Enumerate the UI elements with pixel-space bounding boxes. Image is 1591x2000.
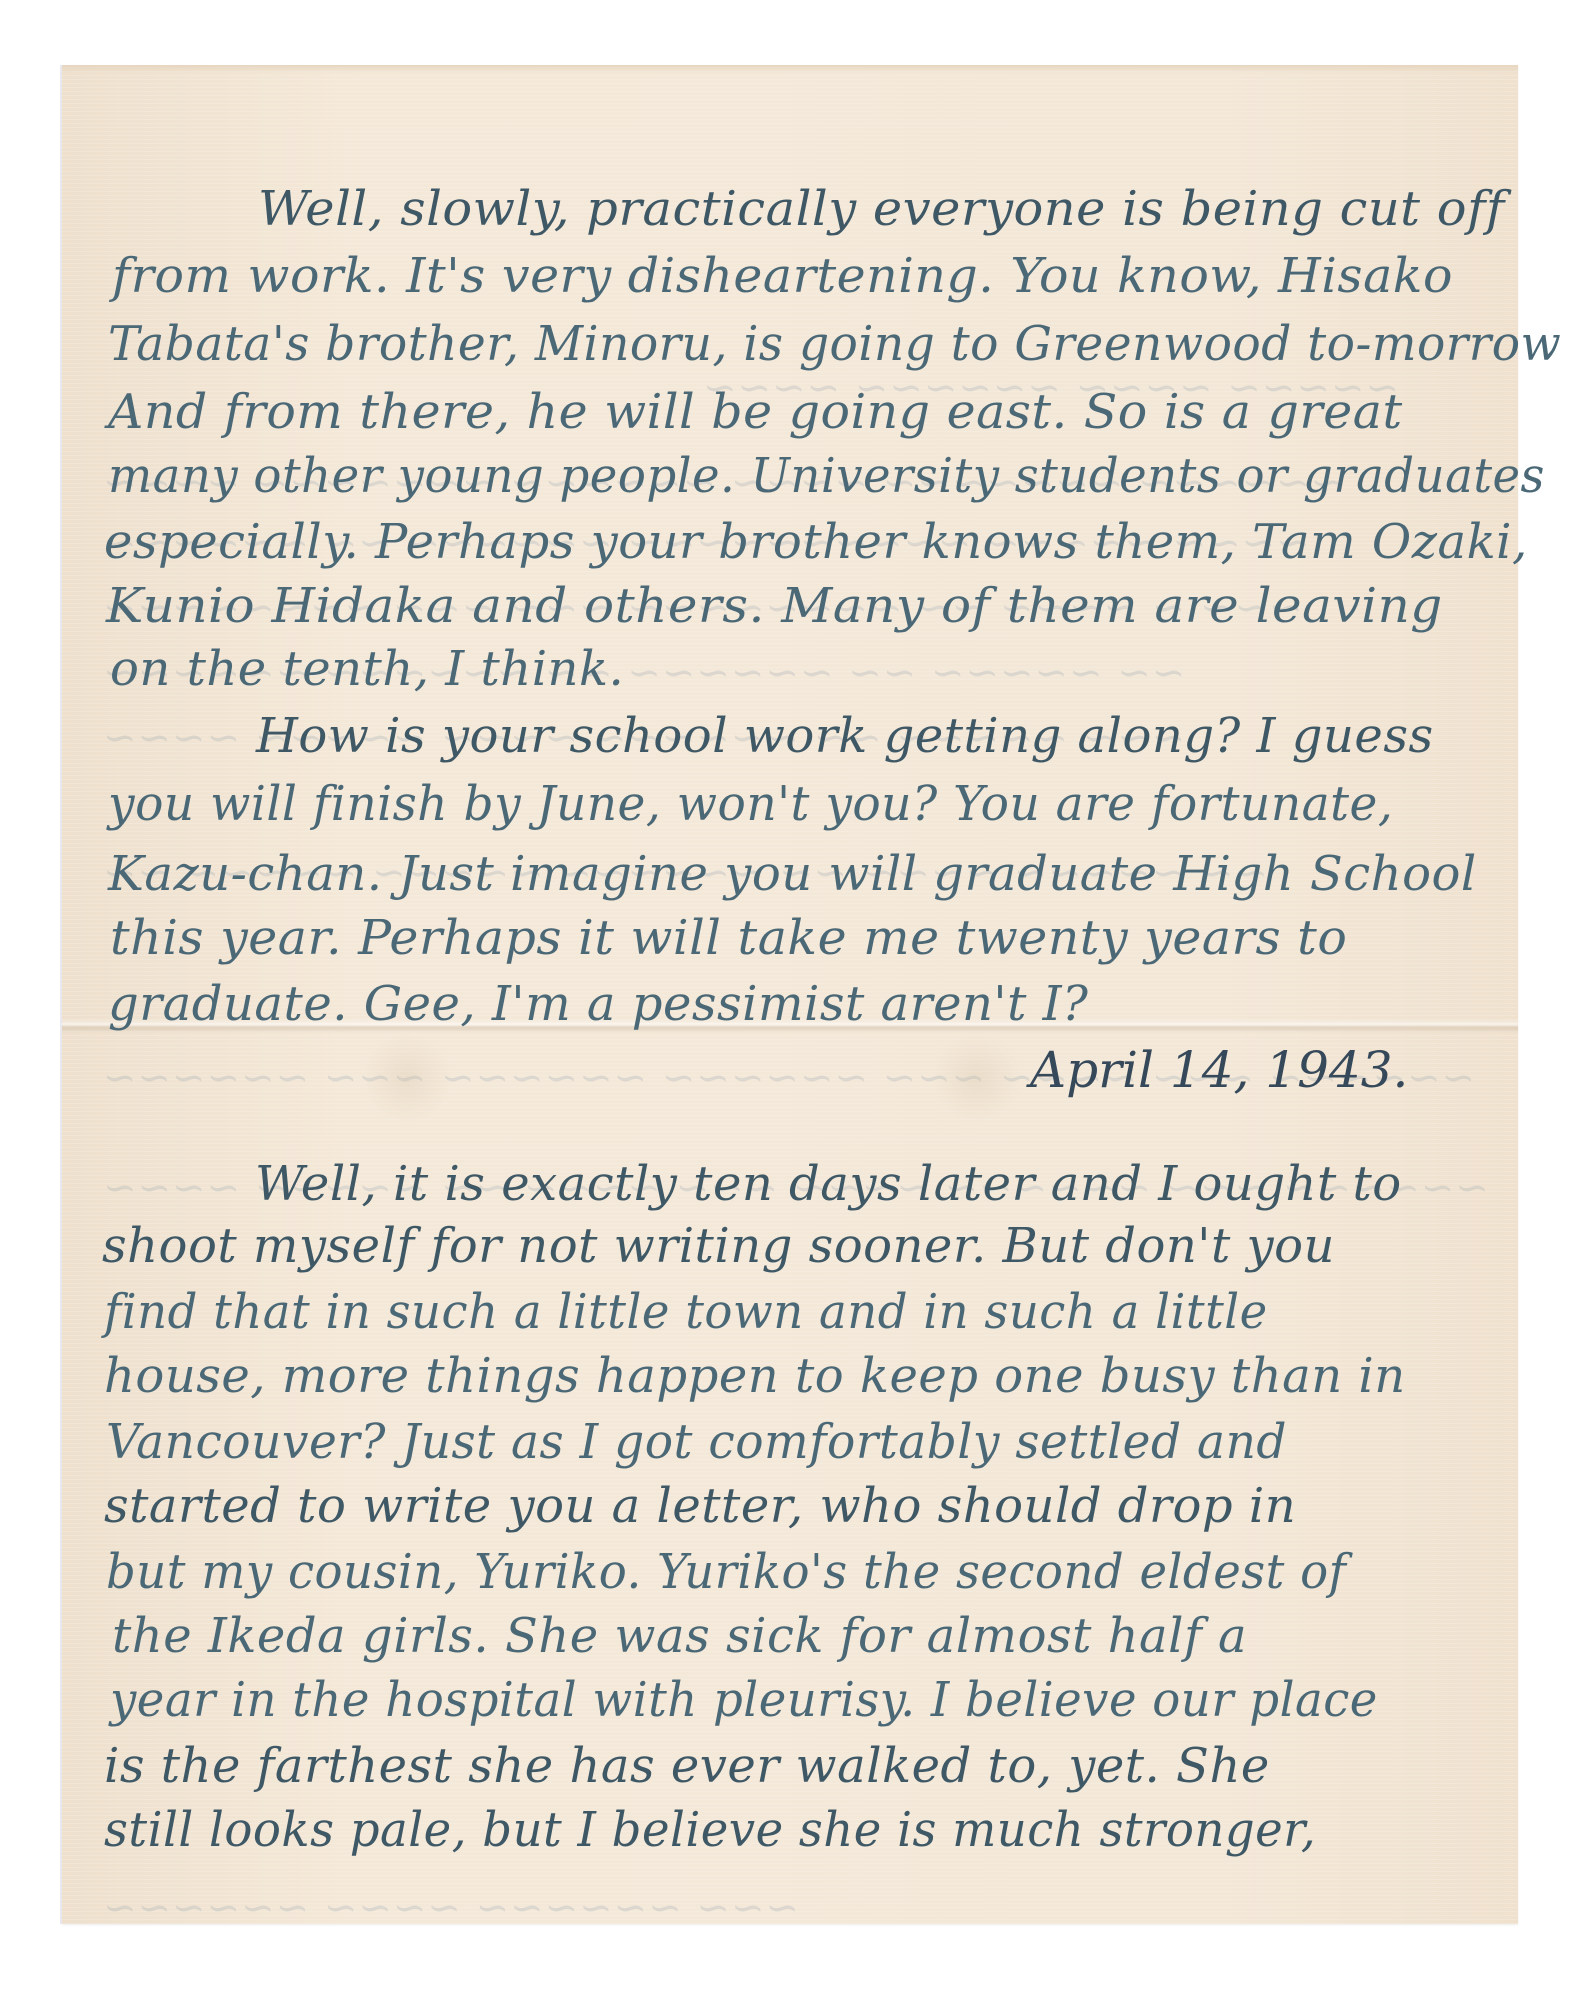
letter-line: And from there, he will be going east. S… (108, 388, 1403, 436)
letter-line: Kazu-chan. Just imagine you will graduat… (108, 850, 1477, 898)
letter-date: April 14, 1943. (1030, 1045, 1408, 1095)
letter-line: house, more things happen to keep one bu… (104, 1352, 1406, 1400)
letter-line: many other young people. University stud… (108, 452, 1545, 500)
letter-line: but my cousin, Yuriko. Yuriko's the seco… (106, 1548, 1346, 1596)
bleed-through-text: ~~~ ~~~~~~ ~~~~ ~~~~~~ (102, 1885, 799, 1931)
letter-line: Tabata's brother, Minoru, is going to Gr… (108, 320, 1561, 368)
letter-line: from work. It's very disheartening. You … (112, 252, 1453, 300)
fold-mark (362, 1033, 452, 1123)
letter-line: Vancouver? Just as I got comfortably set… (106, 1418, 1287, 1466)
letter-line: the Ikeda girls. She was sick for almost… (112, 1612, 1247, 1660)
letter-line: Kunio Hidaka and others. Many of them ar… (106, 582, 1443, 630)
letter-line: this year. Perhaps it will take me twent… (110, 914, 1347, 962)
letter-line: shoot myself for not writing sooner. But… (102, 1222, 1335, 1270)
letter-line: still looks pale, but I believe she is m… (104, 1806, 1316, 1854)
letter-line: find that in such a little town and in s… (104, 1288, 1268, 1336)
letter-line: started to write you a letter, who shoul… (104, 1482, 1296, 1530)
paper-top-edge (62, 65, 1518, 73)
letter-line: you will finish by June, won't you? You … (108, 780, 1393, 828)
letter-line: year in the hospital with pleurisy. I be… (110, 1676, 1378, 1724)
letter-line: graduate. Gee, I'm a pessimist aren't I? (108, 980, 1088, 1028)
letter-line: Well, slowly, practically everyone is be… (258, 185, 1505, 233)
letter-line: especially. Perhaps your brother knows t… (104, 518, 1528, 566)
fold-mark (932, 1033, 1022, 1123)
letter-line: How is your school work getting along? I… (256, 712, 1434, 760)
letter-line: Well, it is exactly ten days later and I… (255, 1160, 1402, 1208)
letter-line: on the tenth, I think. (110, 645, 624, 693)
letter-line: is the farthest she has ever walked to, … (104, 1742, 1270, 1790)
